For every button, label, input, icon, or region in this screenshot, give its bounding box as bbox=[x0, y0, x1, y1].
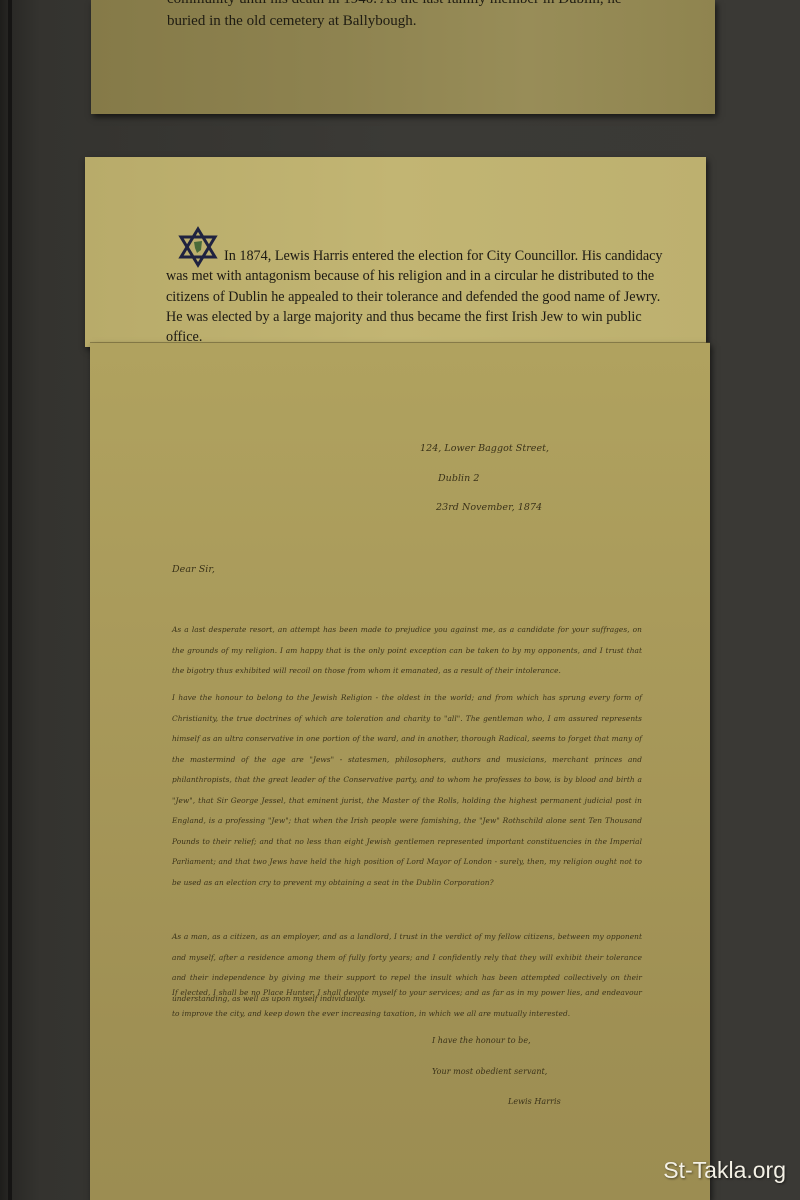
letter-salutation: Dear Sir, bbox=[172, 564, 215, 575]
watermark: St-Takla.org bbox=[663, 1157, 786, 1184]
letter-paragraph-1: As a last desperate resort, an attempt h… bbox=[172, 620, 642, 682]
intro-exhibit-panel: In 1874, Lewis Harris entered the electi… bbox=[85, 157, 706, 347]
top-exhibit-panel: community until his death in 1940. As th… bbox=[91, 0, 715, 114]
letter-signature: Lewis Harris bbox=[508, 1097, 561, 1106]
intro-text: In 1874, Lewis Harris entered the electi… bbox=[166, 246, 666, 347]
letter-closing-1: I have the honour to be, bbox=[432, 1036, 531, 1045]
top-panel-line-partial: community until his death in 1940. As th… bbox=[167, 0, 707, 10]
letter-address-line1: 124, Lower Baggot Street, bbox=[420, 443, 560, 454]
letter-panel: 124, Lower Baggot Street, Dublin 2 23rd … bbox=[90, 343, 710, 1200]
letter-closing-2: Your most obedient servant, bbox=[432, 1067, 547, 1076]
letter-paragraph-4: If elected, I shall be no Place Hunter. … bbox=[172, 983, 642, 1024]
letter-address-line2: Dublin 2 bbox=[438, 473, 578, 484]
letter-date: 23rd November, 1874 bbox=[436, 502, 576, 513]
top-panel-text: community until his death in 1940. As th… bbox=[167, 0, 707, 32]
letter-paragraph-2: I have the honour to belong to the Jewis… bbox=[172, 688, 642, 893]
top-panel-line: buried in the old cemetery at Ballybough… bbox=[167, 10, 707, 32]
wall-edge bbox=[8, 0, 12, 1200]
